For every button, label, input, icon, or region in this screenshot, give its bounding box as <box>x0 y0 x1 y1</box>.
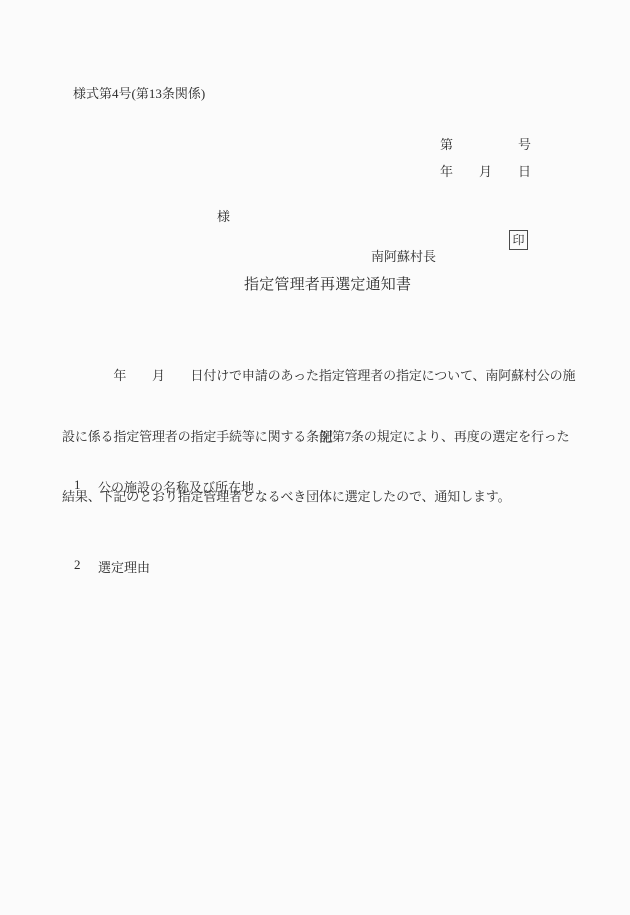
document-title: 指定管理者再選定通知書 <box>244 277 411 294</box>
item-label: 選定理由 <box>98 557 150 576</box>
list-item-facility: 1 公の施設の名称及び所在地 <box>74 477 254 496</box>
form-number-label: 様式第4号(第13条関係) <box>73 85 205 102</box>
issue-date-line: 年 月 日 <box>440 163 531 180</box>
list-item-reason: 2 選定理由 <box>74 557 150 576</box>
document-page: 様式第4号(第13条関係) 第 号 年 月 日 様 南阿蘇村長 印 指定管理者再… <box>0 0 630 915</box>
document-number-line: 第 号 <box>440 136 531 153</box>
item-number: 2 <box>74 557 98 576</box>
item-label: 公の施設の名称及び所在地 <box>98 477 254 496</box>
item-number: 1 <box>74 477 98 496</box>
record-marker: 記 <box>0 430 630 447</box>
recipient-honorific: 様 <box>217 208 230 225</box>
sender-title: 南阿蘇村長 <box>371 249 436 264</box>
body-line: 年 月 日付けで申請のあった指定管理者の指定について、南阿蘇村公の施 <box>62 363 574 390</box>
seal-stamp-box: 印 <box>509 230 528 250</box>
